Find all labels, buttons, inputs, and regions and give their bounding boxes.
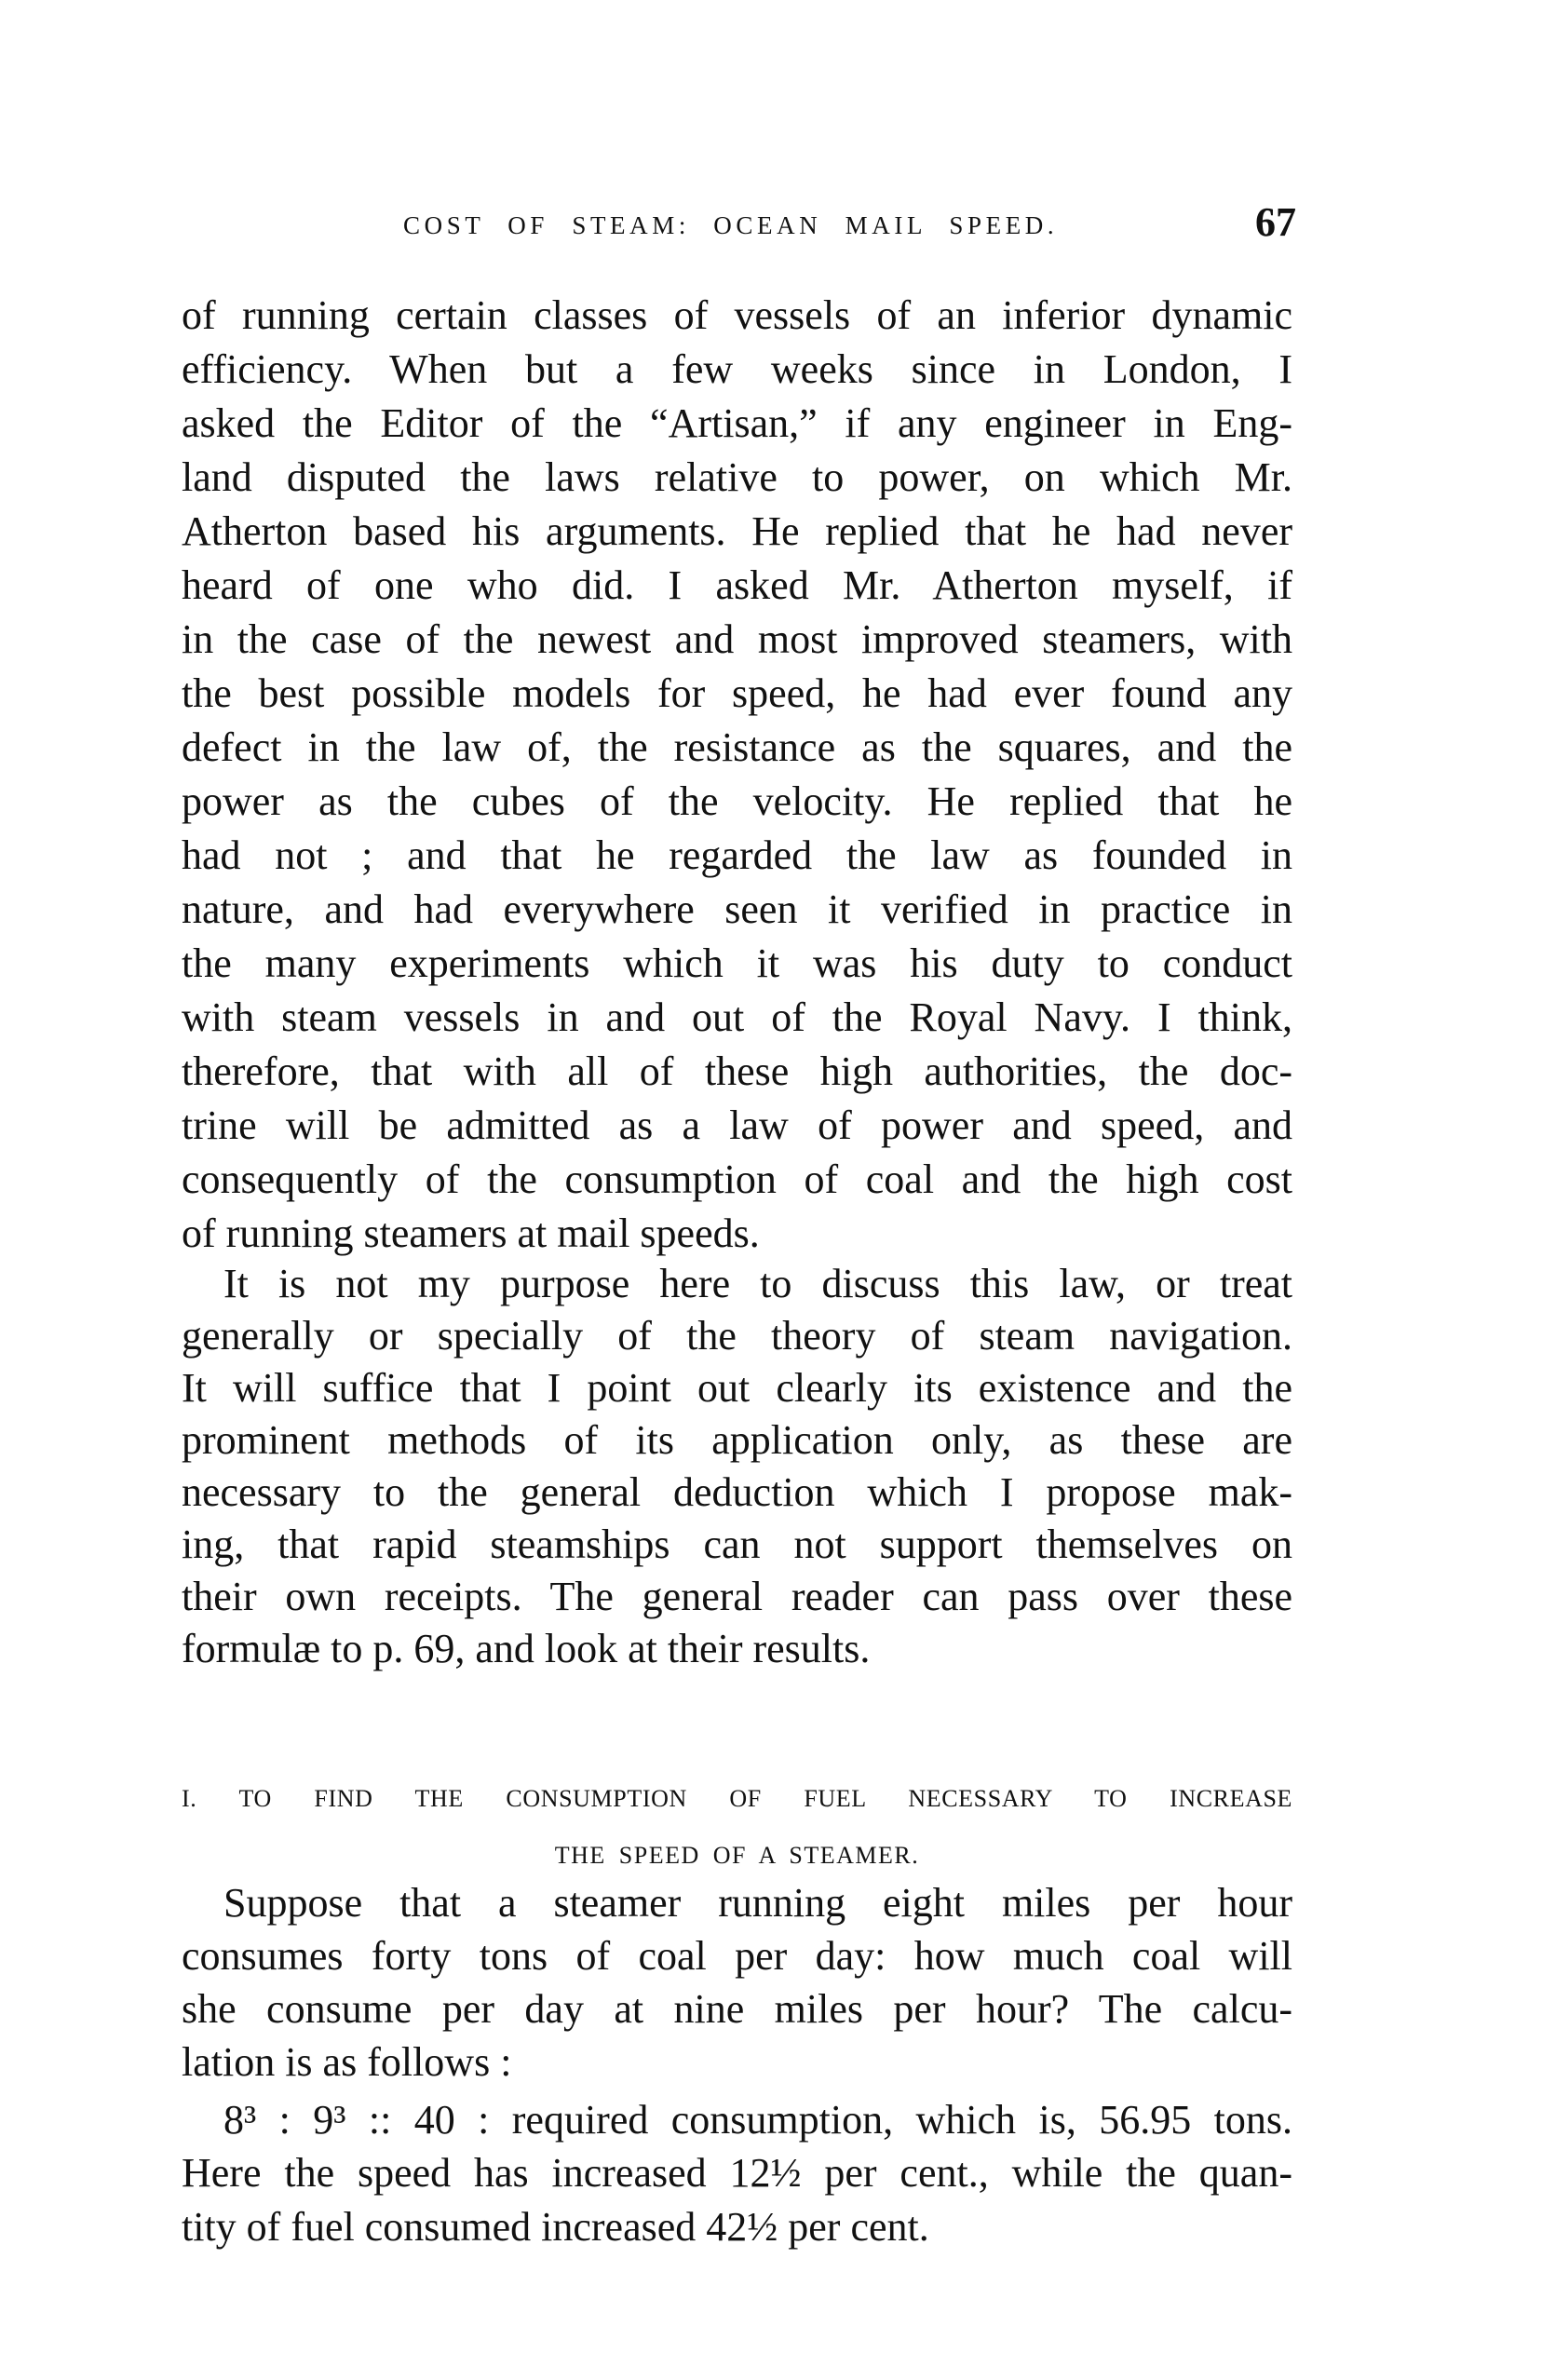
text-line: defect in the law of, the resistance as … (182, 723, 1292, 772)
formula-line: 8³ : 9³ :: 40 : required consumption, wh… (182, 2096, 1292, 2144)
text-line: the best possible models for speed, he h… (182, 669, 1292, 718)
text-line: ing, that rapid steamships can not suppo… (182, 1521, 1292, 1569)
section-heading-line-2: THE SPEED OF A STEAMER. (182, 1840, 1292, 1872)
text-line: efficiency. When but a few weeks since i… (182, 345, 1292, 394)
text-line: prominent methods of its application onl… (182, 1416, 1292, 1465)
page-number: 67 (1251, 199, 1296, 246)
book-page: COST OF STEAM: OCEAN MAIL SPEED. 67 of r… (0, 0, 1542, 2380)
text-line: trine will be admitted as a law of power… (182, 1102, 1292, 1150)
text-line: consumes forty tons of coal per day: how… (182, 1932, 1292, 1981)
text-line: Suppose that a steamer running eight mil… (182, 1879, 1292, 1927)
text-line: therefore, that with all of these high a… (182, 1048, 1292, 1096)
text-line: with steam vessels in and out of the Roy… (182, 994, 1292, 1042)
text-line: consequently of the consumption of coal … (182, 1156, 1292, 1204)
text-line: asked the Editor of the “Artisan,” if an… (182, 399, 1292, 448)
text-line: tity of fuel consumed increased 42½ per … (182, 2203, 1292, 2252)
text-line: formulæ to p. 69, and look at their resu… (182, 1625, 1292, 1673)
text-line: their own receipts. The general reader c… (182, 1573, 1292, 1621)
text-line: heard of one who did. I asked Mr. Athert… (182, 561, 1292, 610)
text-line: Atherton based his arguments. He replied… (182, 507, 1292, 556)
text-line: power as the cubes of the velocity. He r… (182, 778, 1292, 826)
text-line: generally or specially of the theory of … (182, 1312, 1292, 1360)
text-line: in the case of the newest and most impro… (182, 615, 1292, 664)
text-line: Here the speed has increased 12½ per cen… (182, 2149, 1292, 2197)
text-line: necessary to the general deduction which… (182, 1468, 1292, 1517)
text-line: It is not my purpose here to discuss thi… (182, 1260, 1292, 1308)
text-line: land disputed the laws relative to power… (182, 453, 1292, 502)
section-heading-line-1: I. TO FIND THE CONSUMPTION OF FUEL NECES… (182, 1783, 1292, 1815)
text-line: nature, and had everywhere seen it verif… (182, 886, 1292, 934)
text-line: of running certain classes of vessels of… (182, 291, 1292, 340)
running-title: COST OF STEAM: OCEAN MAIL SPEED. (403, 207, 1068, 244)
text-line: she consume per day at nine miles per ho… (182, 1985, 1292, 2034)
text-line: had not ; and that he regarded the law a… (182, 832, 1292, 880)
text-line: of running steamers at mail speeds. (182, 1210, 1292, 1258)
text-line: the many experiments which it was his du… (182, 940, 1292, 988)
text-line: It will suffice that I point out clearly… (182, 1364, 1292, 1413)
text-line: lation is as follows : (182, 2038, 1292, 2087)
